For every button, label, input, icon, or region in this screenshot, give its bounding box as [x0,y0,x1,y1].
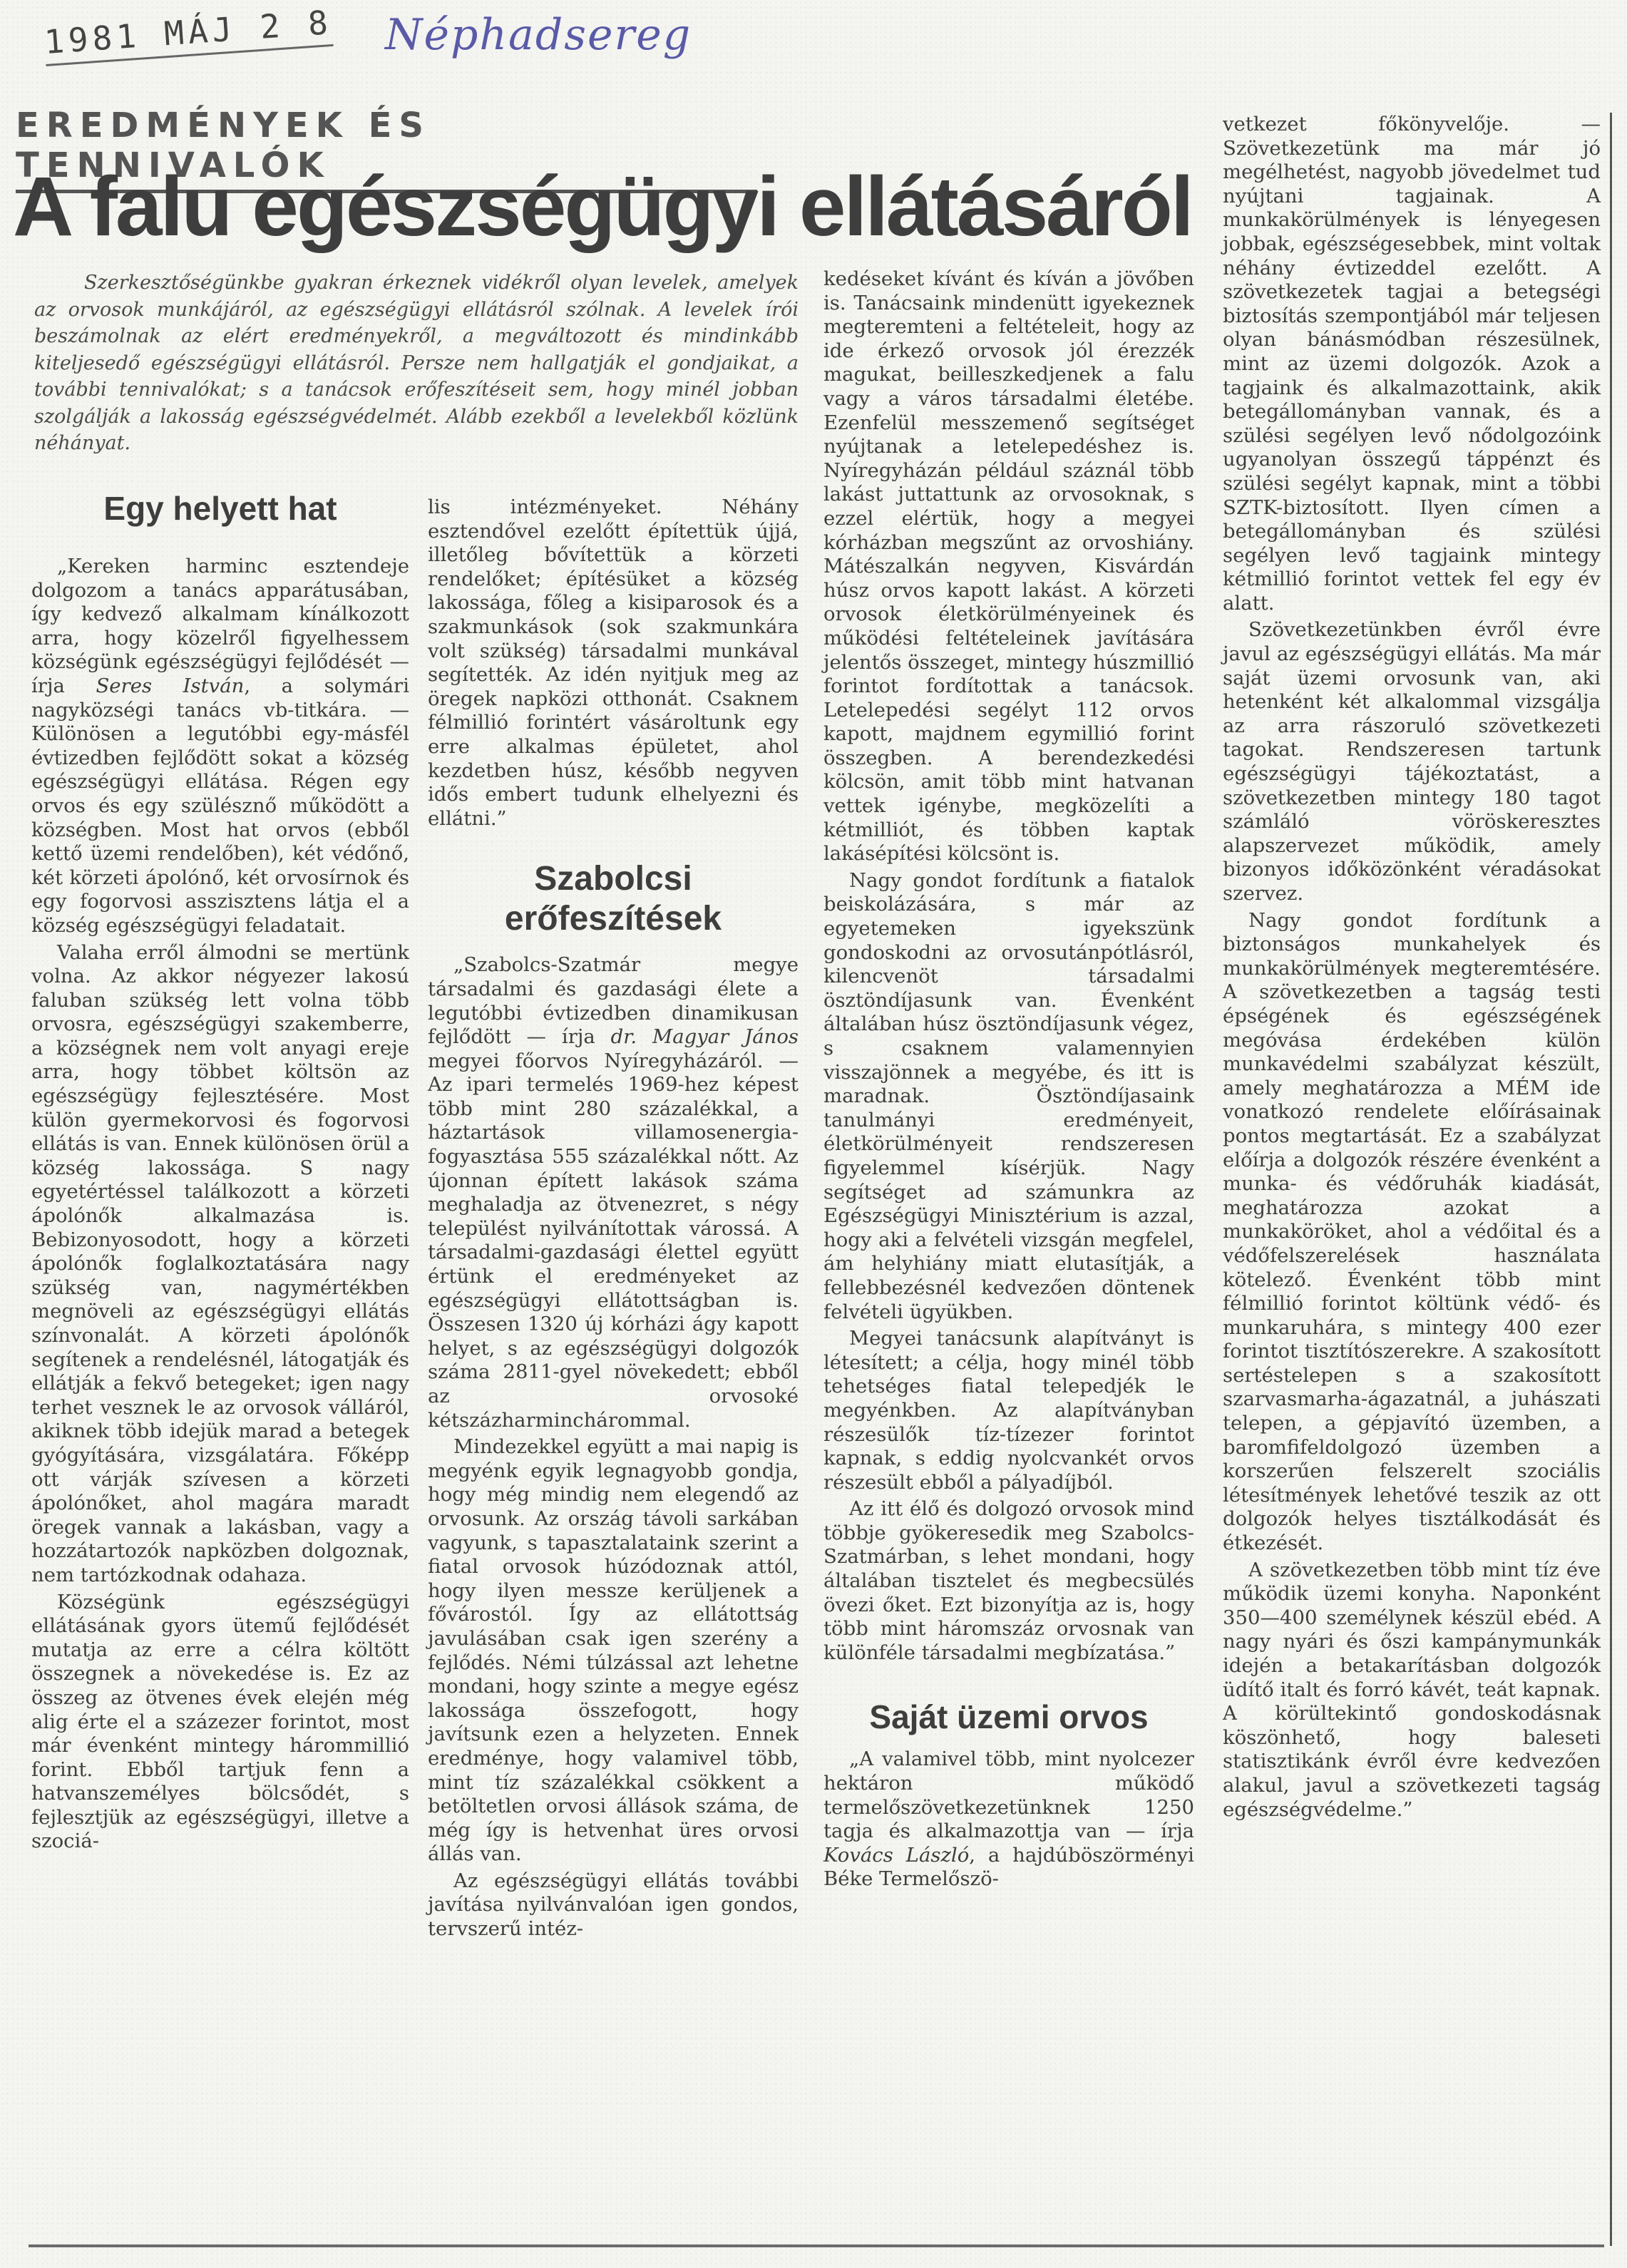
handwritten-source-note: Néphadsereg [385,10,692,60]
paragraph-continued: lis intézményeket. Néhány esztendővel ez… [428,496,799,831]
paragraph: „Szabolcs-Szatmár megye társadalmi és ga… [428,953,799,1432]
paragraph: A szövetkezetben több mint tíz éve működ… [1223,1559,1601,1822]
author-name: Seres István [96,674,244,697]
clipping-bottom-edge [29,2244,1604,2247]
paragraph: „A valamivel több, mint nyolcezer hektár… [823,1748,1194,1892]
paragraph: Mindezekkel együtt a mai napig is megyén… [428,1435,799,1867]
lead-text: Szerkesztőségünkbe gyakran érkeznek vidé… [34,272,799,454]
paragraph: Valaha erről álmodni se mertünk volna. A… [31,941,409,1588]
paragraph: Községünk egészségügyi ellátásának gyors… [31,1591,409,1854]
article-headline: A falu egészségügyi ellátásáról [13,158,1192,255]
column-3: kedéseket kívánt és kíván a jövőben is. … [823,267,1194,1892]
column-2: lis intézményeket. Néhány esztendővel ez… [428,496,799,1941]
paragraph: Nagy gondot fordítunk a biztonságos munk… [1223,909,1601,1556]
column-4: vetkezet főkönyvelője. — Szövetkezetünk … [1223,113,1601,1822]
author-name: Kovács László [823,1844,969,1867]
author-name: dr. Magyar János [611,1025,799,1048]
paragraph: „Kereken harminc esztendeje dolgozom a t… [31,555,409,938]
subhead-szabolcsi-erofeszitesek: Szabolcsi erőfeszítések [428,859,799,939]
paragraph: Megyei tanácsunk alapítványt is létesíte… [823,1327,1194,1494]
paragraph: Nagy gondot fordítunk a fiatalok beiskol… [823,869,1194,1324]
paragraph: Az itt élő és dolgozó orvosok mind többj… [823,1497,1194,1665]
subhead-sajat-uzemi-orvos: Saját üzemi orvos [823,1698,1194,1736]
column-1: „Kereken harminc esztendeje dolgozom a t… [31,555,409,1854]
article-lead: Szerkesztőségünkbe gyakran érkeznek vidé… [34,270,799,457]
paragraph-continued: kedéseket kívánt és kíván a jövőben is. … [823,267,1194,866]
subhead-egy-helyett-hat: Egy helyett hat [31,489,409,528]
date-stamp: 1981 MÁJ 2 8 [43,3,334,66]
paragraph: Az egészségügyi ellátás további javítása… [428,1869,799,1941]
clipping-right-edge [1610,113,1612,2246]
paragraph-continued: vetkezet főkönyvelője. — Szövetkezetünk … [1223,113,1601,615]
paragraph: Szövetkezetünkben évről évre javul az eg… [1223,618,1601,905]
